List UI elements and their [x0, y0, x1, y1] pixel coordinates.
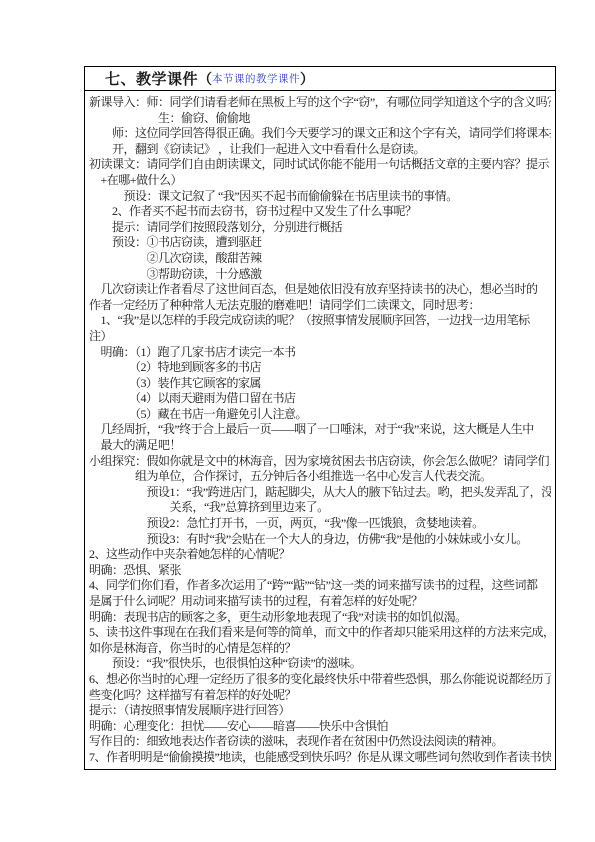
text-line: （5）藏在书店一角避免引人注意。: [89, 407, 551, 423]
text-line: ③帮助窃读，十分感激: [89, 267, 551, 283]
text-line: 1、“我”是以怎样的手段完成窃读的呢？（按照事情发展顺序回答，一边找一边用笔标: [89, 313, 551, 329]
text-line: 明确：恐惧、紧张: [89, 563, 551, 579]
text-line: （4）以雨天避雨为借口留在书店: [89, 391, 551, 407]
text-line: 预设：“我”很快乐，也很惧怕这种“窃读”的滋味。: [89, 656, 551, 672]
text-line: 初读课文：请同学们自由朗读课文，同时试试你能不能用一句话概括文章的主要内容？提示…: [89, 157, 551, 173]
text-line: 7、作者明明是“偷偷摸摸”地读，也能感受到快乐吗？你是从课文哪些词句然收到作者读…: [89, 750, 551, 766]
text-line: 师：这位同学回答得很正确。我们今天要学习的课文正和这个字有关，请同学们将课本打: [89, 126, 551, 142]
text-line: 最大的满足吧！: [89, 438, 551, 454]
text-line: 明确：表现书店的顾客之多，更生动形象地表现了“我”对读书的如饥似渴。: [89, 610, 551, 626]
body-lines: 新课导入：师：同学们请看老师在黑板上写的这个字“窃”，有哪位同学知道这个字的含义…: [89, 95, 551, 766]
text-line: （3）装作其它顾客的家属: [89, 376, 551, 392]
text-line: 注）: [89, 329, 551, 345]
text-line: 些变化吗？这样描写有着怎样的好处呢？: [89, 688, 551, 704]
text-line: 2、作者买不起书而去窃书，窃书过程中又发生了什么事呢？: [89, 204, 551, 220]
text-line: 明确：（1）跑了几家书店才读完一本书: [89, 345, 551, 361]
courseware-link[interactable]: 本节课的教学课件: [212, 71, 300, 86]
text-line: 预设：课文记叙了 “我”因买不起书而偷偷躲在书店里读书的事情。: [89, 189, 551, 205]
text-line: 如你是林海音，你当时的心情是怎样的？: [89, 641, 551, 657]
table-header-row: 七、教学课件 （ 本节课的教学课件 ）: [85, 67, 555, 91]
text-line: 2、这些动作中夹杂着她怎样的心情呢？: [89, 547, 551, 563]
text-line: （2）特地到顾客多的书店: [89, 360, 551, 376]
text-line: 预设3：有时“我”会贴在一个大人的身边，仿佛“我”是他的小妹妹或小女儿。: [89, 532, 551, 548]
text-line: 几次窃读让作者看尽了这世间百态，但是她依旧没有放弃坚持读书的决心，想必当时的: [89, 282, 551, 298]
paren-open: （: [198, 69, 212, 89]
text-line: 4、同学们你们看，作者多次运用了“跨”“踮”“钻”这一类的词来描写读书的过程，这…: [89, 578, 551, 594]
lesson-plan-table: 七、教学课件 （ 本节课的教学课件 ） 新课导入：师：同学们请看老师在黑板上写的…: [84, 66, 556, 770]
text-line: 开，翻到《窃读记》 ，让我们一起进入文中看看什么是窃读。: [89, 142, 551, 158]
text-line: 作者一定经历了种种常人无法克服的磨难吧！请同学们二读课文，同时思考：: [89, 298, 551, 314]
text-line: 提示：请同学们按照段落划分，分别进行概括: [89, 220, 551, 236]
text-line: 关系，“我”总算挤到里边来了。: [89, 500, 551, 516]
text-line: 是属于什么词呢？用动词来描写读书的过程，有着怎样的好处呢？: [89, 594, 551, 610]
text-line: 新课导入：师：同学们请看老师在黑板上写的这个字“窃”，有哪位同学知道这个字的含义…: [89, 95, 551, 111]
text-line: 生：偷窃、偷偷地: [89, 111, 551, 127]
text-line: 预设2：急忙打开书，一页，两页，“我”像一匹饿狼，贪婪地读着。: [89, 516, 551, 532]
text-line: +在哪+做什么）: [89, 173, 551, 189]
text-line: 6、想必你当时的心理一定经历了很多的变化最终快乐中带着些恐惧，那么你能说说都经历…: [89, 672, 551, 688]
text-line: 几经周折，“我”终于合上最后一页——咽了一口唾沫，对于“我”来说，这大概是人生中: [89, 422, 551, 438]
text-line: 写作目的：细致地表达作者窃读的滋味，表现作者在贫困中仍然设法阅读的精神。: [89, 734, 551, 750]
table-body-cell: 新课导入：师：同学们请看老师在黑板上写的这个字“窃”，有哪位同学知道这个字的含义…: [85, 91, 555, 769]
text-line: 小组探究：假如你就是文中的林海音，因为家境贫困去书店窃读，你会怎么做呢？请同学们…: [89, 454, 551, 470]
section-title: 七、教学课件: [105, 68, 198, 89]
text-line: 5、读书这件事现在在我们看来是何等的简单，而文中的作者却只能采用这样的方法来完成…: [89, 625, 551, 641]
text-line: 组为单位，合作探讨，五分钟后各小组推选一名中心发言人代表交流。: [89, 469, 551, 485]
text-line: 预设：①书店窃读，遭到驱赶: [89, 235, 551, 251]
paren-close: ）: [300, 69, 314, 89]
text-line: ②几次窃读，酸甜苦辣: [89, 251, 551, 267]
text-line: 预设1：“我”跨进店门，踮起脚尖，从大人的腋下钻过去。哟，把头发弄乱了，没: [89, 485, 551, 501]
document-page: 七、教学课件 （ 本节课的教学课件 ） 新课导入：师：同学们请看老师在黑板上写的…: [0, 0, 595, 842]
text-line: 明确：心理变化：担忧——安心——暗喜——快乐中含惧怕: [89, 719, 551, 735]
text-line: 提示：（请按照事情发展顺序进行回答）: [89, 703, 551, 719]
